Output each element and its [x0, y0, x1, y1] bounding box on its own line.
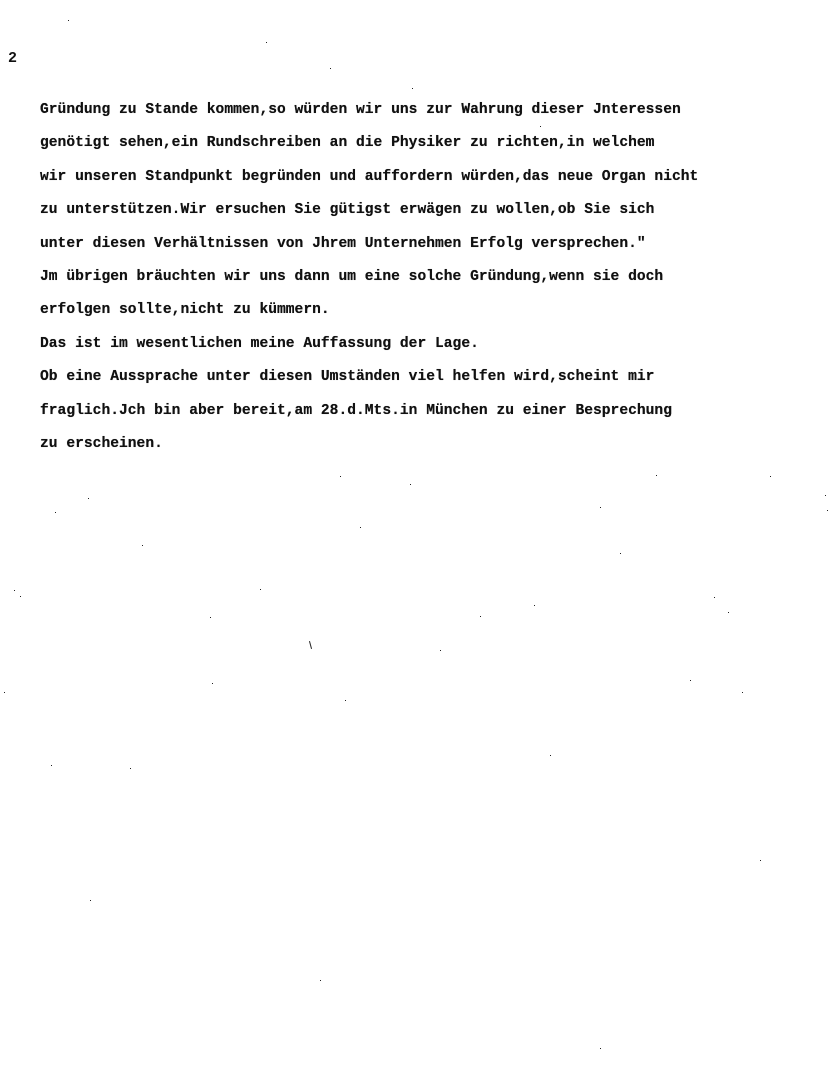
page-number: 2: [8, 50, 17, 68]
text-line: zu unterstützen.Wir ersuchen Sie gütigst…: [40, 199, 837, 232]
text-line: erfolgen sollte,nicht zu kümmern.: [40, 299, 837, 332]
letter-body: Gründung zu Stande kommen,so würden wir …: [40, 99, 837, 466]
text-line: Das ist im wesentlichen meine Auffassung…: [40, 333, 837, 366]
text-line: wir unseren Standpunkt begründen und auf…: [40, 166, 837, 199]
text-line: Gründung zu Stande kommen,so würden wir …: [40, 99, 837, 132]
text-line: Jm übrigen bräuchten wir uns dann um ein…: [40, 266, 837, 299]
typewritten-page: 2 Gründung zu Stande kommen,so würden wi…: [0, 0, 837, 1065]
text-line: genötigt sehen,ein Rundschreiben an die …: [40, 132, 837, 165]
text-line: unter diesen Verhältnissen von Jhrem Unt…: [40, 233, 837, 266]
text-line: Ob eine Aussprache unter diesen Umstände…: [40, 366, 837, 399]
text-line: fraglich.Jch bin aber bereit,am 28.d.Mts…: [40, 400, 837, 433]
text-line: zu erscheinen.: [40, 433, 837, 466]
